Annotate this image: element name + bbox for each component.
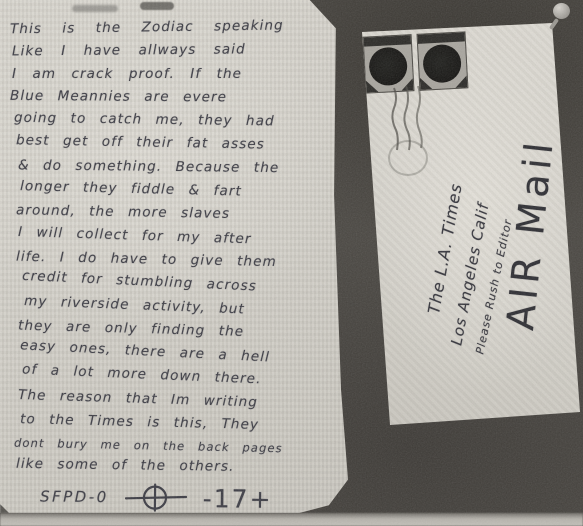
postage-stamp-icon <box>363 34 415 93</box>
letter-line: like some of the others. <box>16 452 338 480</box>
pin-head <box>553 3 570 19</box>
stamp-globe-emblem <box>422 44 462 84</box>
postage-stamp-icon <box>417 31 469 90</box>
pin-stem <box>549 18 559 30</box>
stamp-header-band <box>364 35 411 46</box>
letter-line: Like I have allways said <box>12 38 338 64</box>
victim-count-score: -17+ <box>203 484 273 514</box>
sfpd-score-label: SFPD-0 <box>40 487 109 506</box>
smudge-mark <box>140 2 174 10</box>
stamp-row <box>363 31 469 93</box>
stamp-header-band <box>418 32 465 43</box>
handwritten-letter: This is the Zodiac speaking Like I have … <box>0 0 348 513</box>
photo-bottom-edge <box>0 513 583 526</box>
postmark-circle <box>388 140 428 176</box>
stamp-globe-emblem <box>368 46 408 86</box>
envelope: The L.A. Times Los Angeles Calif Please … <box>350 14 583 430</box>
push-pin <box>546 3 572 35</box>
stamp-corner <box>455 75 468 88</box>
zodiac-crosshair-icon <box>125 481 187 514</box>
letter-signature-row: SFPD-0 -17+ <box>40 480 338 515</box>
smudge-mark <box>72 5 118 12</box>
letter-line: I am crack proof. If the <box>12 63 338 86</box>
letter-text-block: This is the Zodiac speaking Like I have … <box>8 16 338 514</box>
zodiac-letter-photo: This is the Zodiac speaking Like I have … <box>0 0 583 526</box>
